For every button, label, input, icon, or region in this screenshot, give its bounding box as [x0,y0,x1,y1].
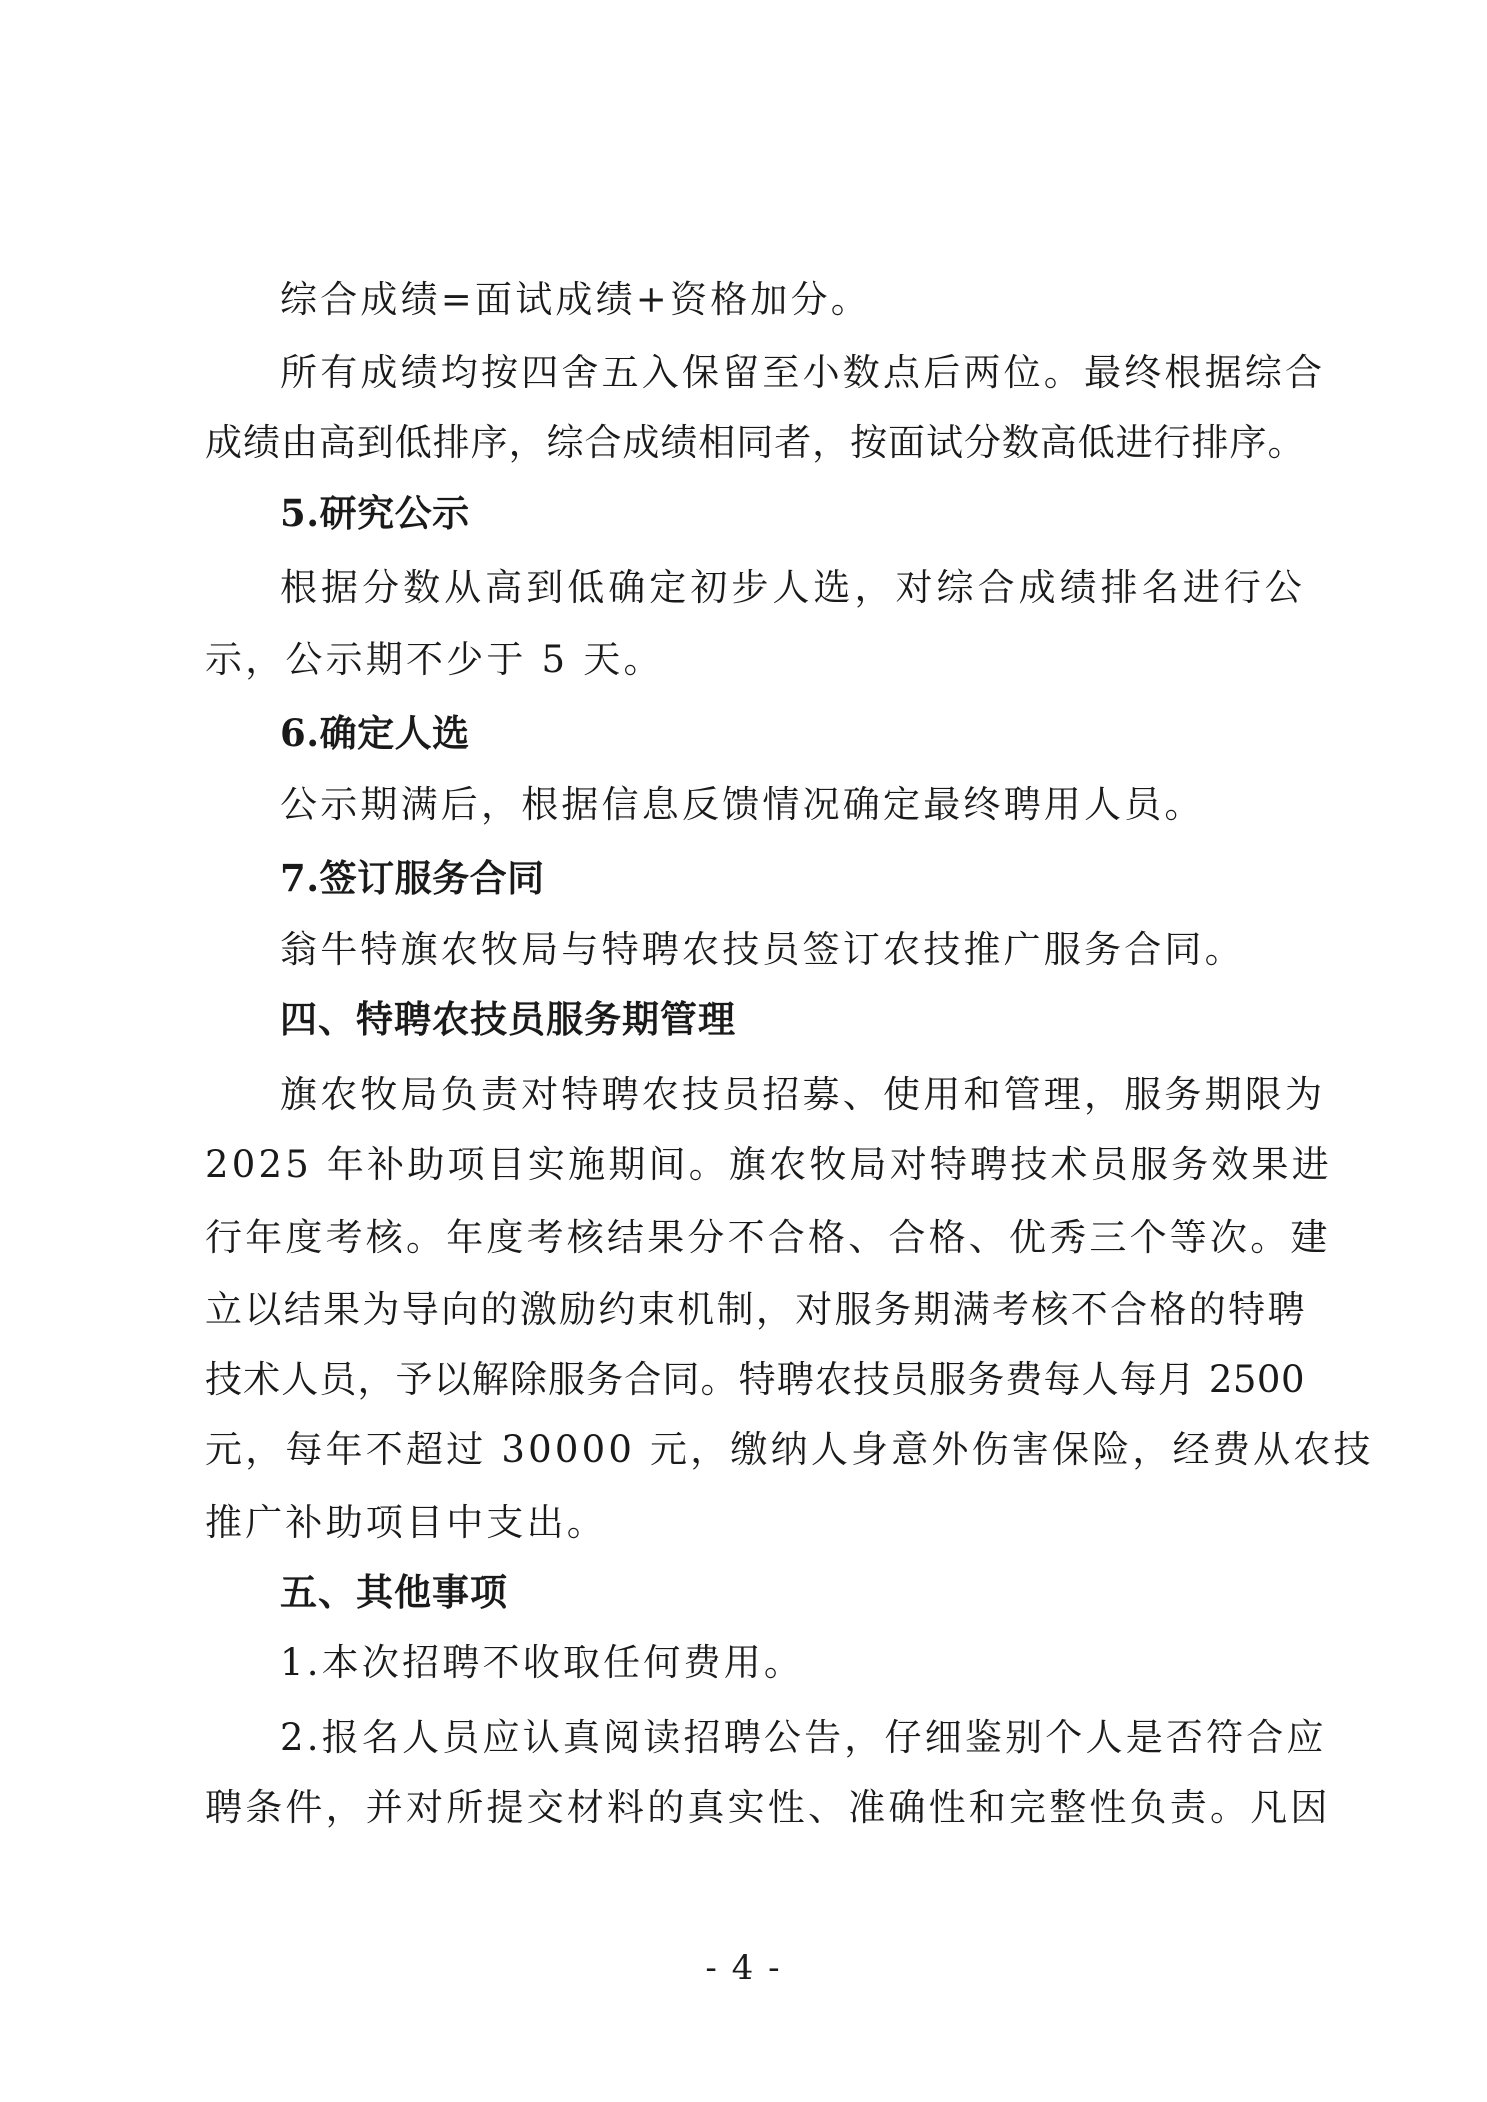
document-page: 综合成绩=面试成绩+资格加分。 所有成绩均按四舍五入保留至小数点后两位。最终根据… [0,0,1487,2102]
paragraph-line: 成绩由高到低排序，综合成绩相同者，按面试分数高低进行排序。 [205,418,1305,468]
paragraph-line: 元，每年不超过 30000 元，缴纳人身意外伤害保险，经费从农技 [205,1425,1305,1475]
page-number: - 4 - [0,1945,1487,1991]
paragraph-line: 推广补助项目中支出。 [205,1498,1305,1548]
section-subheading: 5.研究公示 [280,488,1305,538]
paragraph-line: 2.报名人员应认真阅读招聘公告，仔细鉴别个人是否符合应 [280,1713,1305,1763]
paragraph-line: 所有成绩均按四舍五入保留至小数点后两位。最终根据综合 [280,348,1305,398]
paragraph-line: 行年度考核。年度考核结果分不合格、合格、优秀三个等次。建 [205,1213,1305,1263]
paragraph-line: 公示期满后，根据信息反馈情况确定最终聘用人员。 [280,780,1305,830]
paragraph-line: 旗农牧局负责对特聘农技员招募、使用和管理，服务期限为 [280,1070,1305,1120]
paragraph-line: 翁牛特旗农牧局与特聘农技员签订农技推广服务合同。 [280,925,1305,975]
paragraph-line: 技术人员，予以解除服务合同。特聘农技员服务费每人每月 2500 [205,1355,1305,1405]
section-subheading: 7.签订服务合同 [280,853,1305,903]
paragraph-line: 立以结果为导向的激励约束机制，对服务期满考核不合格的特聘 [205,1285,1305,1335]
paragraph-line: 聘条件，并对所提交材料的真实性、准确性和完整性负责。凡因 [205,1783,1305,1833]
section-heading: 五、其他事项 [280,1568,1305,1618]
section-heading: 四、特聘农技员服务期管理 [280,995,1305,1045]
paragraph-line: 示，公示期不少于 5 天。 [205,635,1305,685]
paragraph-line: 1.本次招聘不收取任何费用。 [280,1638,1305,1688]
paragraph-line: 根据分数从高到低确定初步人选，对综合成绩排名进行公 [280,563,1305,613]
section-subheading: 6.确定人选 [280,708,1305,758]
paragraph-line: 2025 年补助项目实施期间。旗农牧局对特聘技术员服务效果进 [205,1140,1305,1190]
paragraph-line: 综合成绩=面试成绩+资格加分。 [280,275,1305,325]
